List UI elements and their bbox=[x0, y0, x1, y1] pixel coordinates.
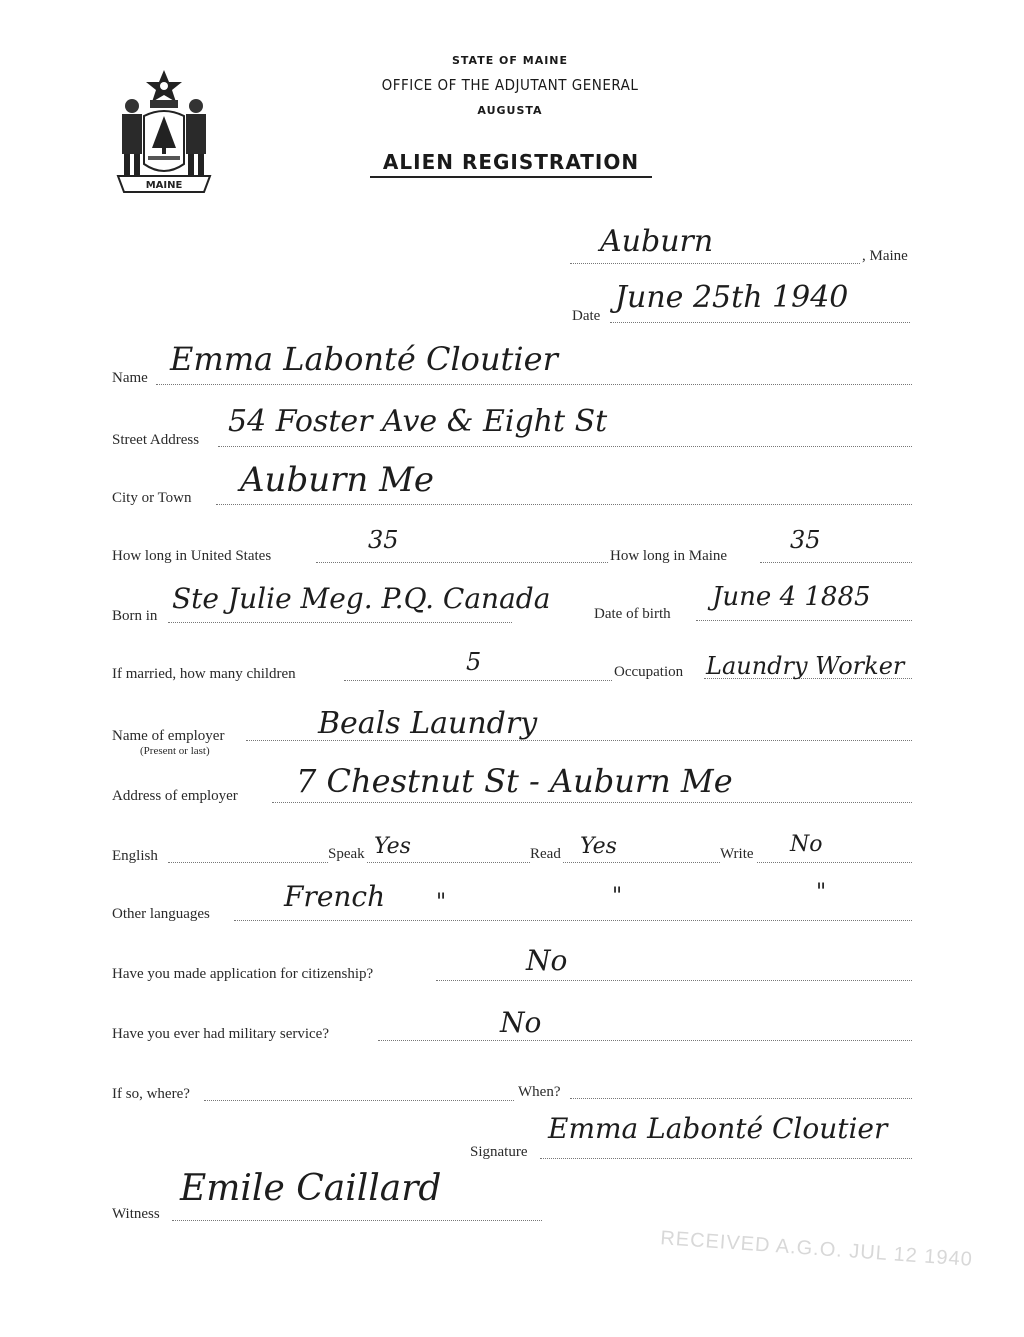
english-read-value[interactable]: Yes bbox=[580, 834, 617, 859]
military-line bbox=[378, 1040, 912, 1041]
date-value[interactable]: June 25th 1940 bbox=[615, 280, 848, 315]
signature-line bbox=[540, 1158, 912, 1159]
other-languages-value[interactable]: French bbox=[284, 880, 385, 913]
us-duration-value[interactable]: 35 bbox=[368, 526, 399, 554]
maine-duration-label: How long in Maine bbox=[610, 548, 727, 565]
occupation-label: Occupation bbox=[614, 664, 683, 681]
children-label: If married, how many children bbox=[112, 666, 296, 683]
other-languages-speak[interactable]: " bbox=[436, 890, 446, 915]
other-languages-label: Other languages bbox=[112, 906, 210, 923]
military-value[interactable]: No bbox=[500, 1006, 541, 1039]
street-line bbox=[218, 446, 912, 447]
english-write-value[interactable]: No bbox=[790, 832, 823, 857]
street-label: Street Address bbox=[112, 432, 199, 449]
read-label: Read bbox=[530, 846, 563, 863]
name-value[interactable]: Emma Labonté Cloutier bbox=[170, 340, 558, 378]
maine-duration-line bbox=[760, 562, 912, 563]
english-speak-value[interactable]: Yes bbox=[374, 834, 411, 859]
dob-value[interactable]: June 4 1885 bbox=[712, 582, 871, 612]
city-line bbox=[216, 504, 912, 505]
place-value[interactable]: Auburn bbox=[600, 224, 713, 259]
citizenship-line bbox=[436, 980, 912, 981]
birthplace-label: Born in bbox=[112, 608, 157, 625]
maine-duration-value[interactable]: 35 bbox=[790, 526, 821, 554]
witness-value[interactable]: Emile Caillard bbox=[180, 1168, 441, 1209]
when-label: When? bbox=[518, 1084, 560, 1101]
witness-label: Witness bbox=[112, 1206, 160, 1223]
name-line bbox=[156, 384, 912, 385]
employer-name-value[interactable]: Beals Laundry bbox=[318, 706, 537, 741]
employer-name-label: Name of employer bbox=[112, 728, 224, 745]
us-duration-label: How long in United States bbox=[112, 548, 271, 565]
children-value[interactable]: 5 bbox=[466, 648, 481, 676]
name-label: Name bbox=[112, 370, 148, 387]
signature-label: Signature bbox=[470, 1144, 528, 1161]
other-languages-write[interactable]: " bbox=[816, 880, 826, 905]
svg-text:MAINE: MAINE bbox=[146, 180, 183, 191]
employer-address-line bbox=[272, 802, 912, 803]
header-state: STATE OF MAINE bbox=[380, 54, 640, 67]
citizenship-label: Have you made application for citizenshi… bbox=[112, 966, 373, 983]
when-line bbox=[570, 1098, 912, 1099]
employer-name-sublabel: (Present or last) bbox=[140, 745, 210, 757]
city-value[interactable]: Auburn Me bbox=[240, 460, 434, 500]
dob-line bbox=[696, 620, 912, 621]
maine-seal-icon: MAINE bbox=[112, 66, 216, 198]
other-languages-read[interactable]: " bbox=[612, 884, 622, 909]
header-office: OFFICE OF THE ADJUTANT GENERAL bbox=[330, 76, 690, 94]
city-label: City or Town bbox=[112, 490, 192, 507]
employer-address-label: Address of employer bbox=[112, 788, 238, 805]
header-city: AUGUSTA bbox=[420, 104, 600, 117]
english-label: English bbox=[112, 848, 158, 865]
street-value[interactable]: 54 Foster Ave & Eight St bbox=[228, 404, 607, 439]
witness-line bbox=[172, 1220, 542, 1221]
birthplace-line bbox=[168, 622, 512, 623]
children-line bbox=[344, 680, 612, 681]
place-line bbox=[570, 263, 860, 264]
place-suffix: , Maine bbox=[862, 248, 908, 265]
where-label: If so, where? bbox=[112, 1086, 190, 1103]
where-line bbox=[204, 1100, 514, 1101]
date-label: Date bbox=[572, 308, 600, 325]
write-label: Write bbox=[720, 846, 756, 863]
birthplace-value[interactable]: Ste Julie Meg. P.Q. Canada bbox=[172, 582, 550, 615]
citizenship-value[interactable]: No bbox=[526, 944, 567, 977]
occupation-value[interactable]: Laundry Worker bbox=[706, 652, 904, 680]
us-duration-line bbox=[316, 562, 608, 563]
dob-label: Date of birth bbox=[594, 606, 671, 623]
received-stamp: RECEIVED A.G.O. JUL 12 1940 bbox=[660, 1227, 974, 1272]
signature-value[interactable]: Emma Labonté Cloutier bbox=[548, 1112, 887, 1145]
speak-label: Speak bbox=[328, 846, 367, 863]
form-title: ALIEN REGISTRATION bbox=[370, 150, 652, 178]
military-label: Have you ever had military service? bbox=[112, 1026, 329, 1043]
date-line bbox=[610, 322, 910, 323]
other-languages-line bbox=[234, 920, 912, 921]
employer-address-value[interactable]: 7 Chestnut St - Auburn Me bbox=[296, 762, 733, 800]
